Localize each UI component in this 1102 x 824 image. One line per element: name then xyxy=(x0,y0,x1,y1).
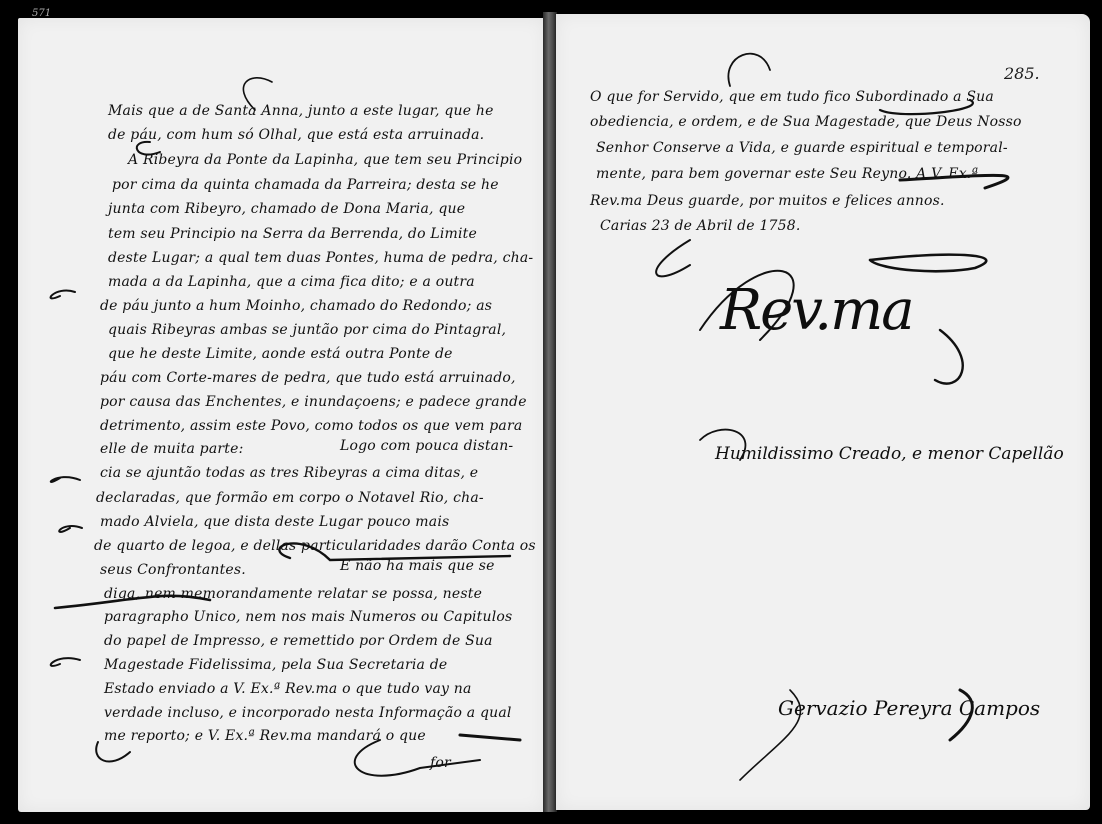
manuscript-line: elle de muita parte: xyxy=(100,441,244,457)
manuscript-line: do papel de Impresso, e remettido por Or… xyxy=(104,633,493,649)
book-spine-gutter xyxy=(543,12,557,812)
manuscript-line: A Ribeyra da Ponte da Lapinha, que tem s… xyxy=(128,152,522,168)
manuscript-line: que he deste Limite, aonde está outra Po… xyxy=(108,346,453,362)
manuscript-line: E não ha mais que se xyxy=(340,558,495,574)
manuscript-line: verdade incluso, e incorporado nesta Inf… xyxy=(104,705,512,721)
manuscript-line: de páu, com hum só Olhal, que está esta … xyxy=(108,127,484,143)
manuscript-line: junta com Ribeyro, chamado de Dona Maria… xyxy=(108,201,465,217)
author-signature: Gervazio Pereyra Campos xyxy=(778,696,1040,720)
manuscript-line: paragrapho Unico, nem nos mais Numeros o… xyxy=(104,609,512,625)
manuscript-line: Rev.ma Deus guarde, por muitos e felices… xyxy=(590,193,945,209)
manuscript-line: cia se ajuntão todas as tres Ribeyras a … xyxy=(100,465,478,481)
manuscript-line: Mais que a de Santa Anna, junto a este l… xyxy=(108,103,494,119)
manuscript-line: O que for Servido, que em tudo fico Subo… xyxy=(590,89,994,105)
manuscript-line: Logo com pouca distan- xyxy=(340,438,513,454)
manuscript-line: Estado enviado a V. Ex.ª Rev.ma o que tu… xyxy=(104,681,472,697)
right-folio-number: 285. xyxy=(1004,64,1040,83)
manuscript-line: me reporto; e V. Ex.ª Rev.ma mandará o q… xyxy=(104,728,426,744)
right-manuscript-page xyxy=(556,14,1090,810)
manuscript-line: diga, nem memorandamente relatar se poss… xyxy=(104,586,482,602)
manuscript-line: mada a da Lapinha, que a cima fica dito;… xyxy=(108,274,475,290)
manuscript-line: mente, para bem governar este Seu Reyno.… xyxy=(596,166,978,182)
manuscript-line: detrimento, assim este Povo, como todos … xyxy=(100,418,522,434)
manuscript-line: Senhor Conserve a Vida, e guarde espirit… xyxy=(596,140,1008,156)
salutation-monogram: Rev.ma xyxy=(720,278,913,343)
left-folio-mark: 571 xyxy=(32,8,51,19)
manuscript-line: Magestade Fidelissima, pela Sua Secretar… xyxy=(104,657,447,673)
manuscript-line: deste Lugar; a qual tem duas Pontes, hum… xyxy=(108,250,533,266)
manuscript-line: por cima da quinta chamada da Parreira; … xyxy=(112,177,499,193)
manuscript-line: por causa das Enchentes, e inundaçoens; … xyxy=(100,394,527,410)
manuscript-line: tem seu Principio na Serra da Berrenda, … xyxy=(108,226,477,242)
manuscript-line: obediencia, e ordem, e de Sua Magestade,… xyxy=(590,114,1022,130)
manuscript-line: declaradas, que formão em corpo o Notave… xyxy=(96,490,484,506)
manuscript-line: quais Ribeyras ambas se juntão por cima … xyxy=(108,322,506,338)
manuscript-line: páu com Corte-mares de pedra, que tudo e… xyxy=(100,370,516,386)
manuscript-line: de páu junto a hum Moinho, chamado do Re… xyxy=(100,298,492,314)
manuscript-line: mado Alviela, que dista deste Lugar pouc… xyxy=(100,514,449,530)
manuscript-line: de quarto de legoa, e dellas particulari… xyxy=(94,538,536,554)
manuscript-line: seus Confrontantes. xyxy=(100,562,246,578)
manuscript-line: for xyxy=(430,755,451,771)
manuscript-line: Carias 23 de Abril de 1758. xyxy=(600,218,801,234)
closing-formula: Humildissimo Creado, e menor Capellão xyxy=(715,444,1064,464)
